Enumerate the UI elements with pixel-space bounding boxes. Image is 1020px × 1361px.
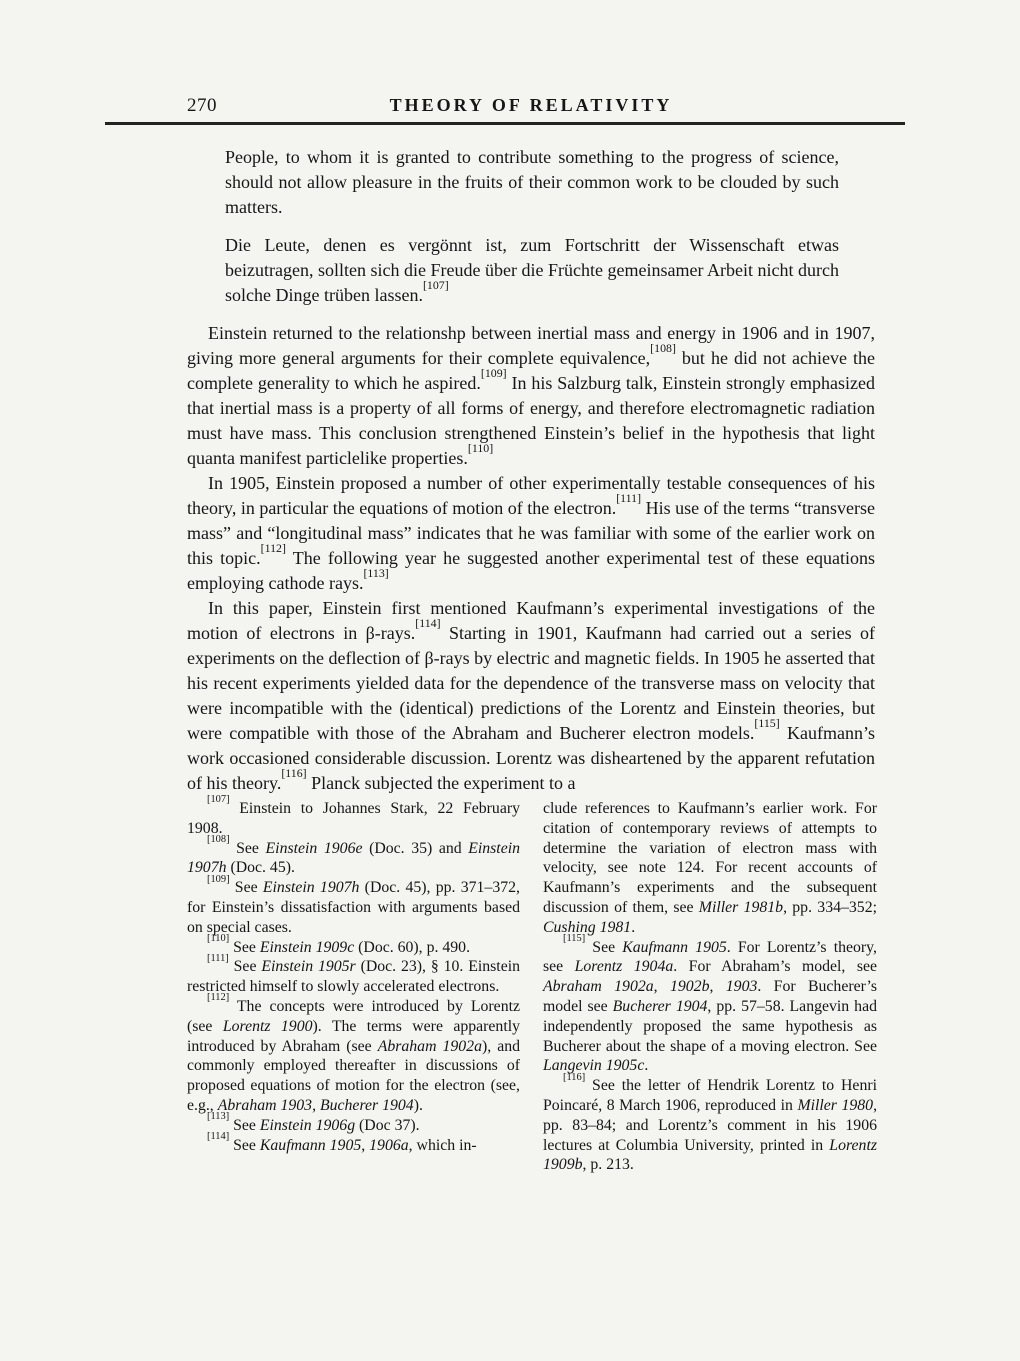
footnote-109: [109] See Einstein 1907h (Doc. 45), pp. … — [187, 878, 520, 937]
footnote-115: [115] See Kaufmann 1905. For Lorentz’s t… — [543, 938, 877, 1077]
paragraph-electron-motion: In 1905, Einstein proposed a number of o… — [187, 471, 875, 596]
header-rule — [105, 122, 905, 125]
footnote-114-continuation: clude references to Kaufmann’s earlier w… — [543, 799, 877, 938]
footnote-110: [110] See Einstein 1909c (Doc. 60), p. 4… — [187, 938, 520, 958]
footnote-107: [107] Einstein to Johannes Stark, 22 Feb… — [187, 799, 520, 839]
footnotes-left-column: [107] Einstein to Johannes Stark, 22 Feb… — [187, 799, 520, 1175]
page-body: People, to whom it is granted to contrib… — [187, 145, 875, 796]
footnotes-right-column: clude references to Kaufmann’s earlier w… — [543, 799, 877, 1175]
footnote-108: [108] See Einstein 1906e (Doc. 35) and E… — [187, 839, 520, 879]
paragraph-kaufmann: In this paper, Einstein first mentioned … — [187, 596, 875, 796]
paragraph-mass-energy: Einstein returned to the relationshp bet… — [187, 321, 875, 471]
footnote-112: [112] The concepts were introduced by Lo… — [187, 997, 520, 1116]
footnote-116: [116] See the letter of Hendrik Lorentz … — [543, 1076, 877, 1175]
page-number: 270 — [187, 95, 217, 117]
page-header: 270 THEORY OF RELATIVITY — [187, 95, 875, 119]
quote-german: Die Leute, denen es vergönnt ist, zum Fo… — [225, 233, 839, 308]
footnotes-section: [107] Einstein to Johannes Stark, 22 Feb… — [187, 799, 877, 1175]
footnote-113: [113] See Einstein 1906g (Doc 37). — [187, 1116, 520, 1136]
book-page: 270 THEORY OF RELATIVITY People, to whom… — [0, 0, 1020, 1361]
quote-english: People, to whom it is granted to contrib… — [225, 145, 839, 220]
running-title: THEORY OF RELATIVITY — [187, 95, 875, 116]
footnote-111: [111] See Einstein 1905r (Doc. 23), § 10… — [187, 957, 520, 997]
footnote-114: [114] See Kaufmann 1905, 1906a, which in… — [187, 1136, 520, 1156]
